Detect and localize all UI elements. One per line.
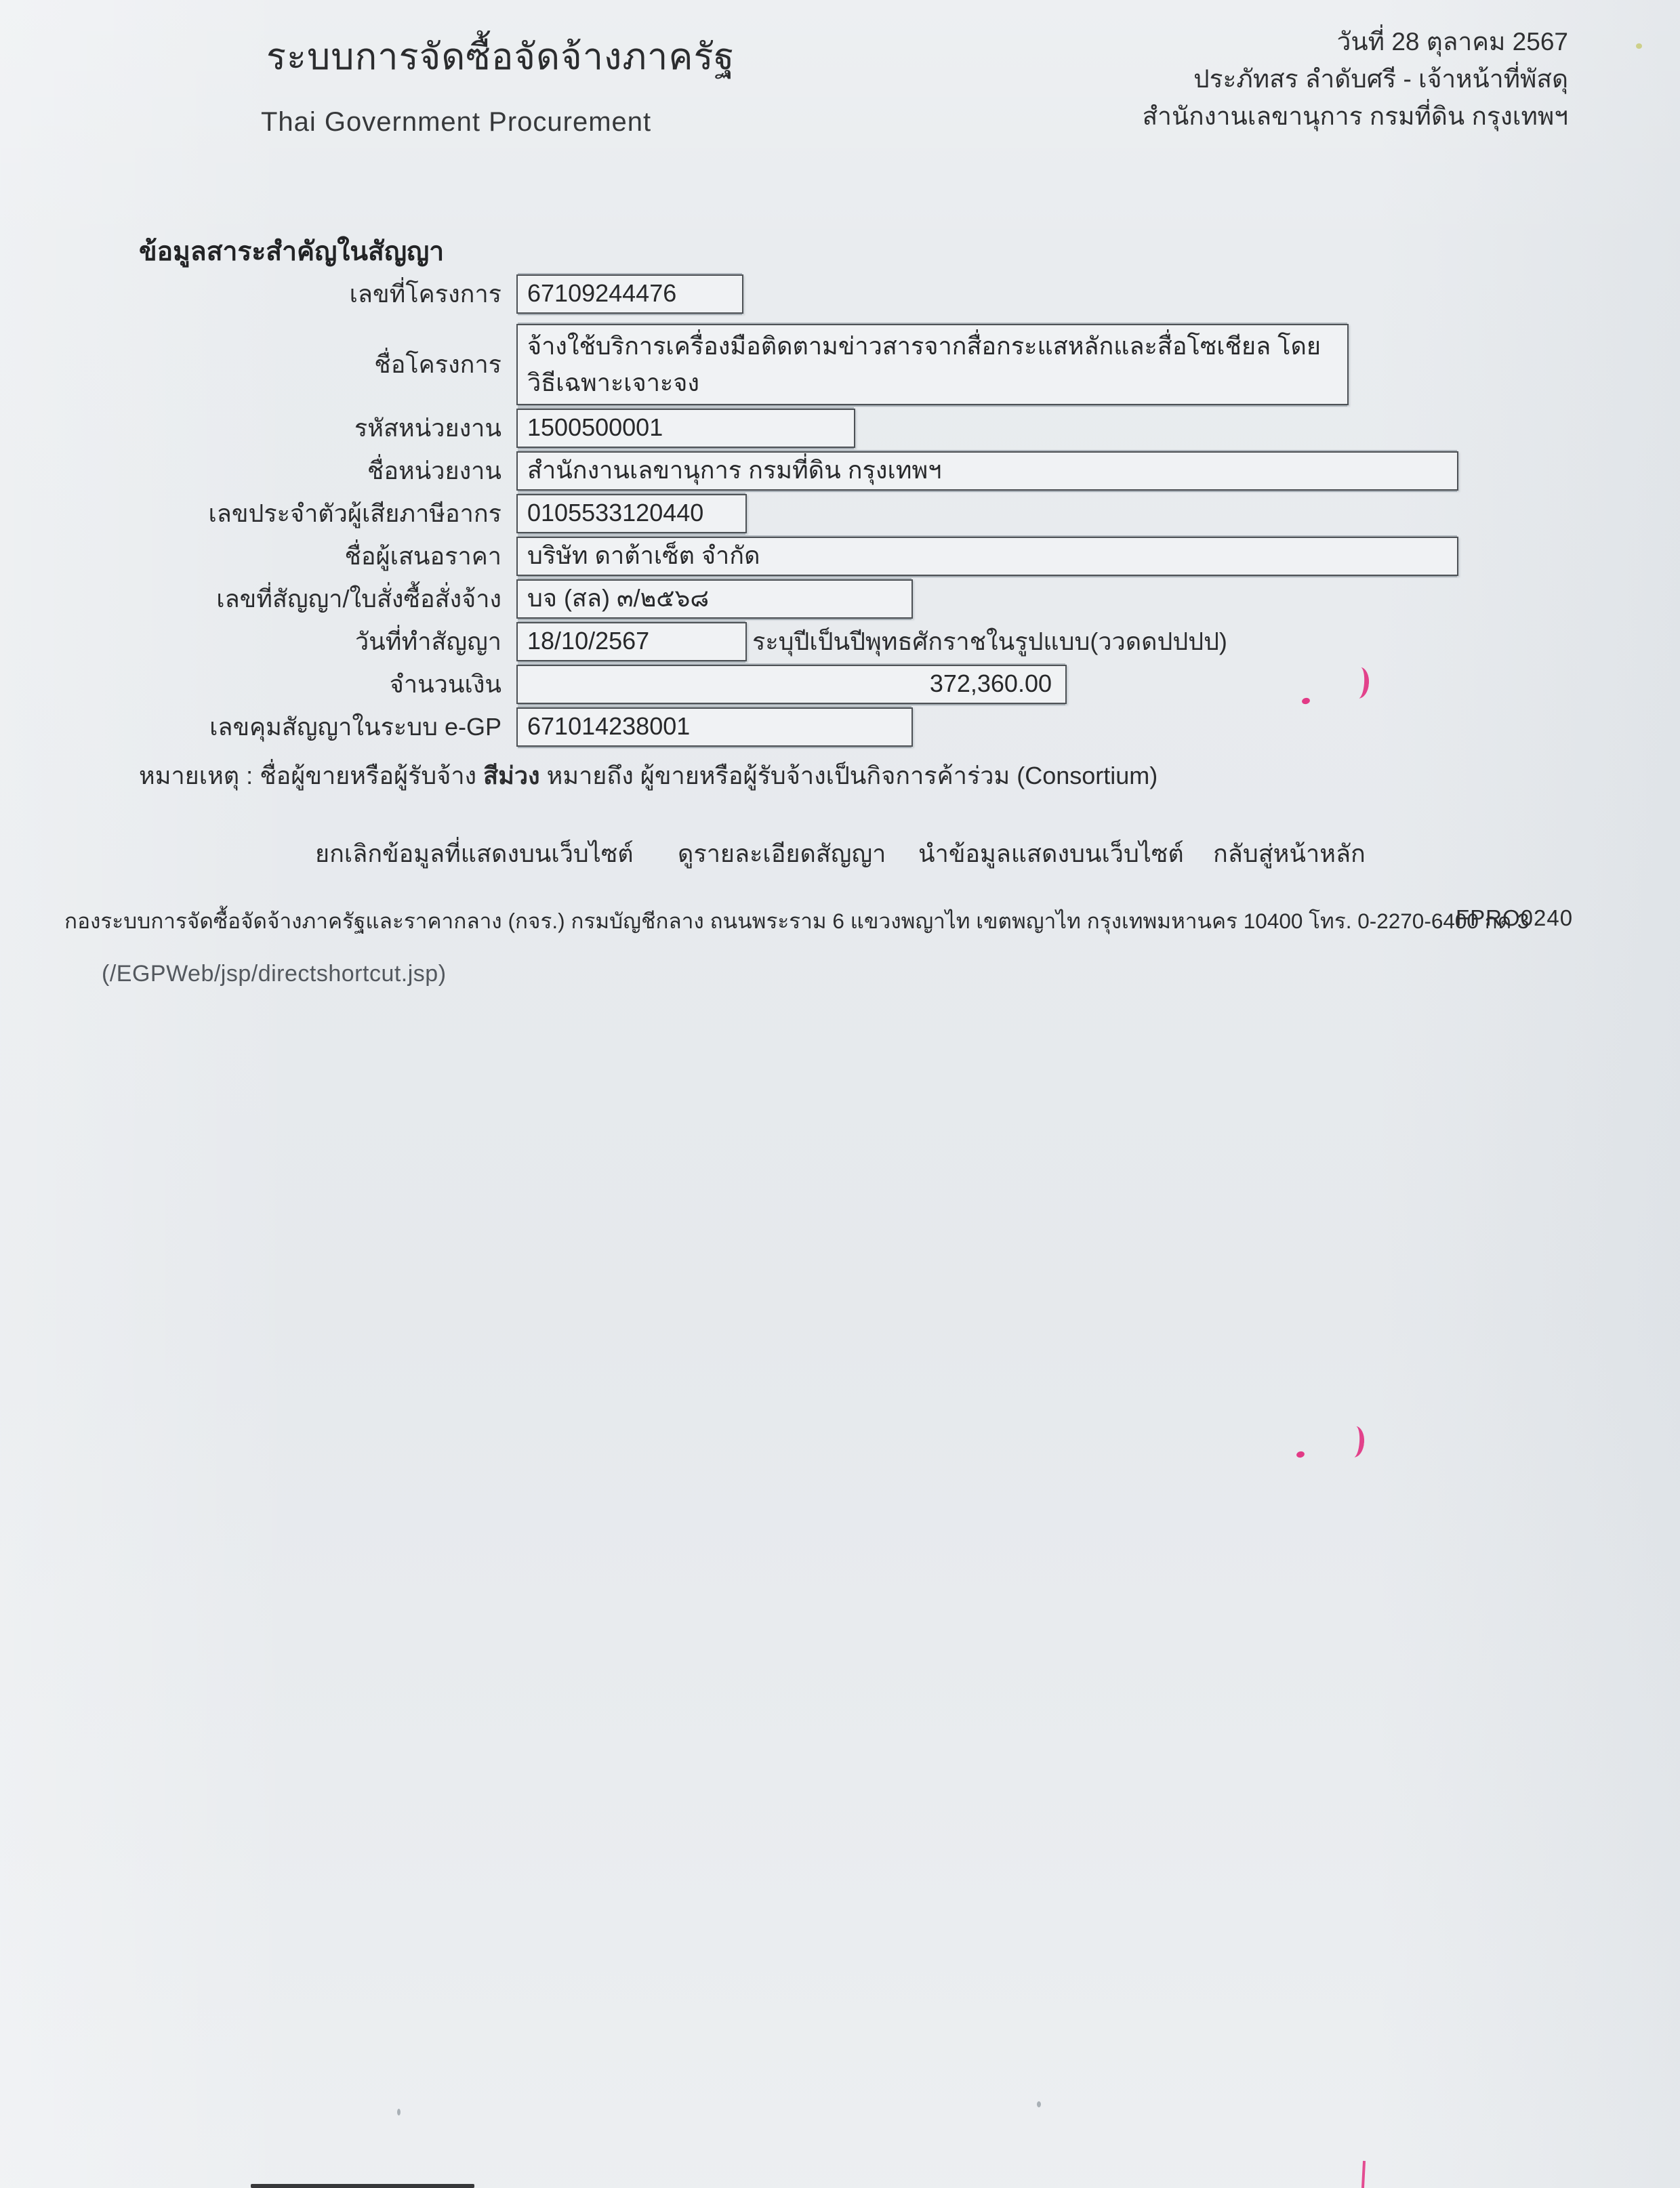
egp-control-number-field[interactable]: 671014238001	[516, 707, 913, 747]
scan-speck-grey-1	[1037, 2101, 1041, 2107]
bidder-name-label: ชื่อผู้เสนอราคา	[122, 537, 516, 576]
form-row-department-name: ชื่อหน่วยงาน สำนักงานเลขานุการ กรมที่ดิน…	[122, 451, 1579, 491]
form-row-taxpayer-id: เลขประจำตัวผู้เสียภาษีอากร 0105533120440	[122, 494, 1579, 533]
amount-label: จำนวนเงิน	[122, 665, 516, 704]
egp-control-number-label: เลขคุมสัญญาในระบบ e-GP	[122, 707, 516, 747]
pink-pen-dot-lower	[1296, 1451, 1305, 1459]
section-title-contract-summary: ข้อมูลสาระสำคัญในสัญญา	[139, 230, 444, 272]
scan-edge-artifact	[251, 2184, 474, 2188]
shortcut-path-text: (/EGPWeb/jsp/directshortcut.jsp)	[102, 961, 447, 987]
cancel-website-data-link[interactable]: ยกเลิกข้อมูลที่แสดงบนเว็บไซต์	[315, 834, 634, 873]
header-user-name: ประภัทสร ลำดับศรี - เจ้าหน้าที่พัสดุ	[1143, 60, 1568, 98]
form-row-egp-control-number: เลขคุมสัญญาในระบบ e-GP 671014238001	[122, 707, 1579, 747]
project-name-label: ชื่อโครงการ	[122, 324, 516, 405]
header-org-name: สำนักงานเลขานุการ กรมที่ดิน กรุงเทพฯ	[1143, 98, 1568, 135]
form-row-project-name: ชื่อโครงการ จ้างใช้บริการเครื่องมือติดตา…	[122, 324, 1579, 405]
project-number-label: เลขที่โครงการ	[122, 274, 516, 314]
header-user-block: วันที่ 28 ตุลาคม 2567 ประภัทสร ลำดับศรี …	[1143, 23, 1568, 135]
footer-address: กองระบบการจัดซื้อจัดจ้างภาครัฐและราคากลา…	[64, 904, 1529, 938]
scan-speck-grey-2	[397, 2109, 401, 2115]
app-title-thai: ระบบการจัดซื้อจัดจ้างภาครัฐ	[266, 27, 735, 85]
amount-field[interactable]: 372,360.00	[516, 665, 1067, 704]
back-to-home-link[interactable]: กลับสู่หน้าหลัก	[1213, 834, 1366, 873]
department-code-label: รหัสหน่วยงาน	[122, 409, 516, 448]
form-row-department-code: รหัสหน่วยงาน 1500500001	[122, 409, 1579, 448]
consortium-note-prefix: หมายเหตุ : ชื่อผู้ขายหรือผู้รับจ้าง	[139, 762, 483, 789]
app-title-english: Thai Government Procurement	[261, 107, 651, 138]
pink-pen-stroke-bottom	[1361, 2161, 1366, 2188]
contract-number-label: เลขที่สัญญา/ใบสั่งซื้อสั่งจ้าง	[122, 579, 516, 619]
department-code-field[interactable]: 1500500001	[516, 409, 855, 448]
scanned-page: ระบบการจัดซื้อจัดจ้างภาครัฐ Thai Governm…	[0, 0, 1680, 2188]
form-row-contract-date: วันที่ทำสัญญา 18/10/2567 ระบุปีเป็นปีพุท…	[122, 622, 1579, 661]
publish-website-data-link[interactable]: นำข้อมูลแสดงบนเว็บไซต์	[918, 834, 1184, 873]
action-links-row: ยกเลิกข้อมูลที่แสดงบนเว็บไซต์ ดูรายละเอี…	[0, 834, 1680, 875]
bidder-name-field[interactable]: บริษัท ดาต้าเซ็ต จำกัด	[516, 537, 1458, 576]
footer-form-code: FPRO0240	[1456, 905, 1573, 931]
contract-date-label: วันที่ทำสัญญา	[122, 622, 516, 661]
department-name-label: ชื่อหน่วยงาน	[122, 451, 516, 491]
consortium-note-highlight-purple: สีม่วง	[483, 762, 540, 789]
contract-date-format-hint: ระบุปีเป็นปีพุทธศักราชในรูปแบบ(ววดดปปปป)	[752, 622, 1227, 661]
consortium-note-suffix: หมายถึง ผู้ขายหรือผู้รับจ้างเป็นกิจการค้…	[540, 762, 1158, 789]
pink-pen-mark-lower	[1349, 1426, 1365, 1458]
scan-speck-yellow	[1636, 43, 1642, 49]
consortium-note: หมายเหตุ : ชื่อผู้ขายหรือผู้รับจ้าง สีม่…	[139, 756, 1157, 795]
form-row-bidder-name: ชื่อผู้เสนอราคา บริษัท ดาต้าเซ็ต จำกัด	[122, 537, 1579, 576]
contract-number-field[interactable]: บจ (สล) ๓/๒๕๖๘	[516, 579, 913, 619]
project-name-field[interactable]: จ้างใช้บริการเครื่องมือติดตามข่าวสารจากส…	[516, 324, 1349, 405]
taxpayer-id-label: เลขประจำตัวผู้เสียภาษีอากร	[122, 494, 516, 533]
form-row-contract-number: เลขที่สัญญา/ใบสั่งซื้อสั่งจ้าง บจ (สล) ๓…	[122, 579, 1579, 619]
view-contract-detail-link[interactable]: ดูรายละเอียดสัญญา	[678, 834, 886, 873]
contract-date-field[interactable]: 18/10/2567	[516, 622, 747, 661]
header-date: วันที่ 28 ตุลาคม 2567	[1143, 23, 1568, 60]
taxpayer-id-field[interactable]: 0105533120440	[516, 494, 747, 533]
form-row-project-number: เลขที่โครงการ 67109244476	[122, 274, 1579, 314]
department-name-field[interactable]: สำนักงานเลขานุการ กรมที่ดิน กรุงเทพฯ	[516, 451, 1458, 491]
project-number-field[interactable]: 67109244476	[516, 274, 743, 314]
